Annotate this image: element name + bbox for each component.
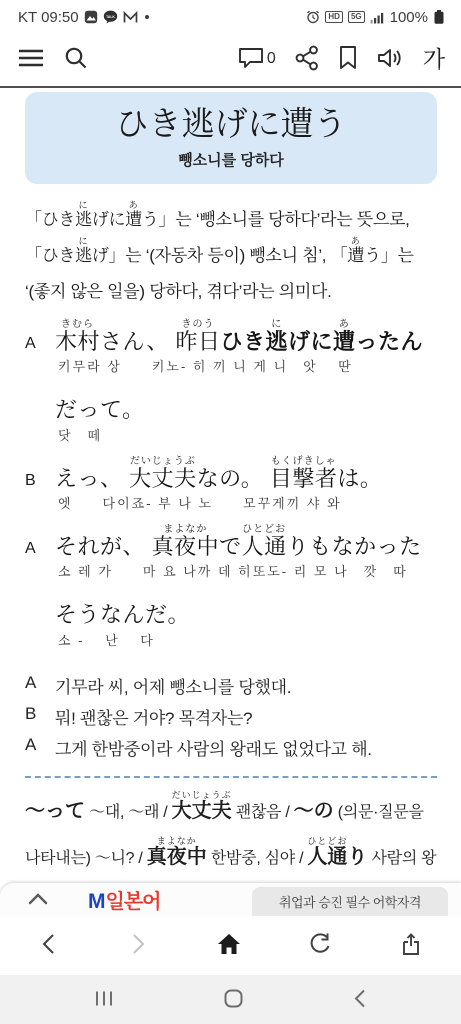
translation-text: 그게 한밤중이라 사람의 왕래도 없었다고 해. <box>55 735 372 760</box>
dialogue-pronunciation: 닷 떼 <box>55 425 145 444</box>
dialogue-row: B えっ、 大丈夫だいじょうぶなの。 目撃者もくげきしゃは。 엣 다이죠- 부 … <box>25 455 437 512</box>
speaker-label: B <box>25 455 55 512</box>
back-chevron-icon <box>353 989 366 1011</box>
translation-text: 뭐! 괜찮은 거야? 목격자는? <box>55 704 252 729</box>
banner-expand-button[interactable] <box>28 892 48 908</box>
status-bar: KT 09:50 TALK HD 5G 100% <box>0 0 461 32</box>
gmail-icon <box>123 11 138 24</box>
share-icon <box>295 45 319 74</box>
translation-row: A 기무라 씨, 어제 뺑소니를 당했대. <box>25 673 437 698</box>
bottom-banner: M 일본어 취업과 승진 필수 어학자격 <box>0 883 461 916</box>
dialogue-japanese: そうなんだ。 <box>55 591 190 627</box>
svg-text:TALK: TALK <box>106 15 115 19</box>
dialogue-japanese: だって。 <box>55 386 145 422</box>
hamburger-icon <box>18 48 44 71</box>
share-button[interactable] <box>295 45 319 74</box>
nav-home-button[interactable] <box>216 932 242 959</box>
translation-row: A 그게 한밤중이라 사람의 왕래도 없었다고 해. <box>25 735 437 760</box>
speaker-label: A <box>25 318 55 375</box>
phone-screen: KT 09:50 TALK HD 5G 100% 0 <box>0 0 461 1024</box>
font-size-button[interactable]: 가 <box>423 48 445 71</box>
explanation-paragraph: 「ひき逃にげに遭あう」는 ‘뺑소니를 당하다’라는 뜻으로, 「ひき逃にげ」는 … <box>25 200 437 310</box>
notification-dot <box>145 15 149 19</box>
bookmark-icon <box>338 45 358 73</box>
speaker-label <box>25 591 55 648</box>
kakaotalk-icon: TALK <box>103 10 118 24</box>
dialogue-pronunciation: 키무라 상 키노- 히 끼 니 게 니 앗 딴 <box>55 356 423 375</box>
battery-percent: 100% <box>390 9 428 26</box>
comment-count: 0 <box>267 50 276 68</box>
gallery-icon <box>84 10 98 24</box>
lesson-subtitle: 뺑소니를 당하다 <box>178 149 284 170</box>
recents-icon <box>95 990 113 1010</box>
home-circle-icon <box>224 989 243 1011</box>
lesson-content: ひき逃げに遭う 뺑소니를 당하다 「ひき逃にげに遭あう」는 ‘뺑소니를 당하다’… <box>0 92 461 926</box>
share-page-icon <box>399 932 423 959</box>
speaker-icon <box>377 46 404 73</box>
refresh-icon <box>308 932 332 959</box>
5g-badge: 5G <box>348 11 365 23</box>
logo-text: 일본어 <box>106 885 161 914</box>
alarm-icon <box>306 10 320 24</box>
dialogue-pronunciation: 소 - 난 다 <box>55 630 190 649</box>
search-button[interactable] <box>64 46 88 73</box>
comment-icon <box>238 46 264 73</box>
browser-toolbar: 0 가 <box>0 32 461 88</box>
speaker-label: A <box>25 523 55 580</box>
lesson-title: ひき逃げに遭う <box>116 106 347 142</box>
comments-button[interactable]: 0 <box>238 46 276 73</box>
android-nav-bar <box>0 975 461 1024</box>
ad-tab[interactable]: 취업과 승진 필수 어학자격 <box>252 887 448 916</box>
nav-forward-button[interactable] <box>127 932 149 959</box>
back-icon <box>38 932 60 959</box>
font-size-label: 가 <box>423 48 445 71</box>
battery-icon <box>433 9 445 25</box>
chevron-up-icon <box>28 892 48 908</box>
speaker-label <box>25 386 55 443</box>
android-back-button[interactable] <box>353 989 366 1011</box>
browser-nav-bar <box>0 916 461 975</box>
speaker-label: B <box>25 704 55 729</box>
recents-button[interactable] <box>95 990 113 1010</box>
bookmark-button[interactable] <box>338 45 358 73</box>
translation-text: 기무라 씨, 어제 뺑소니를 당했대. <box>55 673 291 698</box>
search-icon <box>64 46 88 73</box>
tts-button[interactable] <box>377 46 404 73</box>
logo-m: M <box>88 890 106 914</box>
dialogue-japanese: それが、 真夜中まよなかで人通ひとどおりもなかった <box>55 523 422 559</box>
dialogue-pronunciation: 소 레 가 마 요 나까 데 히또도- 리 모 나 깟 따 <box>55 561 422 580</box>
dialogue-pronunciation: 엣 다이죠- 부 나 노 모꾸게끼 샤 와 <box>55 493 382 512</box>
dialogue-japanese: 木村きむらさん、 昨日きのうひき逃にげに遭あったん <box>55 318 423 354</box>
hd-badge: HD <box>325 11 343 23</box>
dialogue-row: だって。 닷 떼 <box>25 386 437 443</box>
lesson-header-card: ひき逃げに遭う 뺑소니를 당하다 <box>25 92 437 184</box>
home-circle-button[interactable] <box>224 989 243 1011</box>
dialogue-row: A 木村きむらさん、 昨日きのうひき逃にげに遭あったん 키무라 상 키노- 히 … <box>25 318 437 375</box>
forward-icon <box>127 932 149 959</box>
translation-section: A 기무라 씨, 어제 뺑소니를 당했대. B 뭐! 괜찮은 거야? 목격자는?… <box>25 673 437 760</box>
signal-icon <box>370 11 385 24</box>
speaker-label: A <box>25 673 55 698</box>
dialogue-row: そうなんだ。 소 - 난 다 <box>25 591 437 648</box>
home-icon <box>216 932 242 959</box>
nav-back-button[interactable] <box>38 932 60 959</box>
brand-logo[interactable]: M 일본어 <box>88 885 160 914</box>
nav-share-button[interactable] <box>399 932 423 959</box>
dialogue-section: A 木村きむらさん、 昨日きのうひき逃にげに遭あったん 키무라 상 키노- 히 … <box>25 318 437 648</box>
speaker-label: A <box>25 735 55 760</box>
nav-refresh-button[interactable] <box>308 932 332 959</box>
carrier-time: KT 09:50 <box>18 9 79 26</box>
translation-row: B 뭐! 괜찮은 거야? 목격자는? <box>25 704 437 729</box>
menu-button[interactable] <box>18 48 44 71</box>
dialogue-row: A それが、 真夜中まよなかで人通ひとどおりもなかった 소 레 가 마 요 나까… <box>25 523 437 580</box>
dashed-divider <box>25 776 437 778</box>
dialogue-japanese: えっ、 大丈夫だいじょうぶなの。 目撃者もくげきしゃは。 <box>55 455 382 491</box>
